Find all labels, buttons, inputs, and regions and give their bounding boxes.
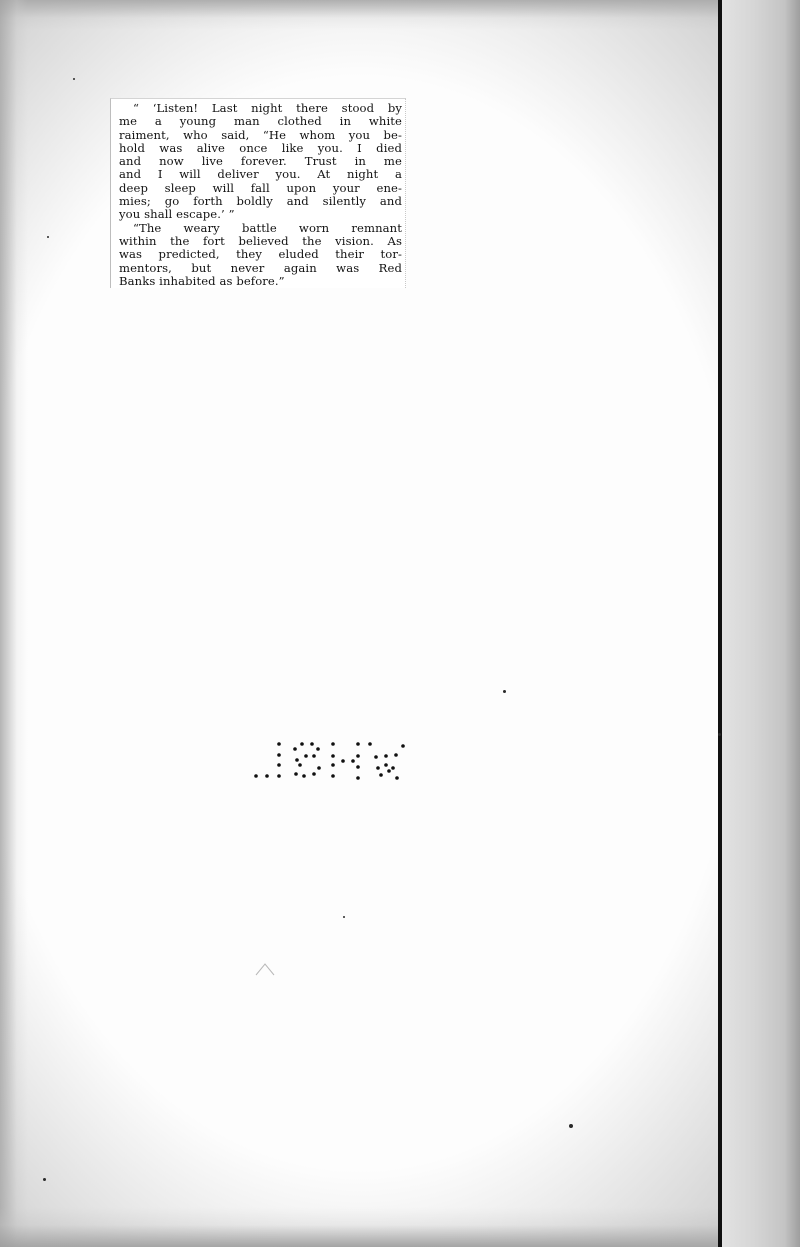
- clipping-line: and now live forever. Trust in me: [119, 155, 402, 168]
- scan-edge-bottom: [0, 1207, 720, 1247]
- scan-speck: [503, 690, 506, 693]
- clipping-line: “The weary battle worn remnant: [119, 222, 402, 235]
- clipping-paragraph-2: “The weary battle worn remnant within th…: [119, 222, 402, 288]
- newspaper-clipping: “ ‘Listen! Last night there stood by me …: [110, 98, 406, 288]
- clipping-line: was predicted, they eluded their tor-: [119, 248, 402, 261]
- scan-speck: [47, 236, 49, 238]
- clipping-line: and I will deliver you. At night a: [119, 168, 402, 181]
- scan-speck: [343, 916, 345, 918]
- scanned-page: “ ‘Listen! Last night there stood by me …: [0, 0, 800, 1247]
- perforation-stamp: [250, 738, 410, 782]
- scan-speck: [43, 1178, 46, 1181]
- clipping-line: deep sleep will fall upon your ene-: [119, 182, 402, 195]
- binding-strip: [722, 0, 800, 1247]
- clipping-line: mies; go forth boldly and silently and: [119, 195, 402, 208]
- clipping-line: mentors, but never again was Red: [119, 262, 402, 275]
- scan-speck: [718, 733, 721, 736]
- clipping-line: you shall escape.’ ”: [119, 208, 402, 221]
- scan-edge-top: [0, 0, 720, 30]
- clipping-line: “ ‘Listen! Last night there stood by: [119, 102, 402, 115]
- clipping-line: hold was alive once like you. I died: [119, 142, 402, 155]
- clipping-line: within the fort believed the vision. As: [119, 235, 402, 248]
- scan-speck: [569, 1124, 573, 1128]
- clipping-line: me a young man clothed in white: [119, 115, 402, 128]
- clipping-line: Banks inhabited as before.”: [119, 275, 402, 288]
- clipping-line: raiment, who said, “He whom you be-: [119, 129, 402, 142]
- clipping-paragraph-1: “ ‘Listen! Last night there stood by me …: [119, 102, 402, 222]
- scan-speck: [73, 78, 75, 80]
- scan-edge-left: [0, 0, 28, 1247]
- perforated-letters-icon: [250, 738, 410, 782]
- pencil-mark-icon: [255, 962, 275, 976]
